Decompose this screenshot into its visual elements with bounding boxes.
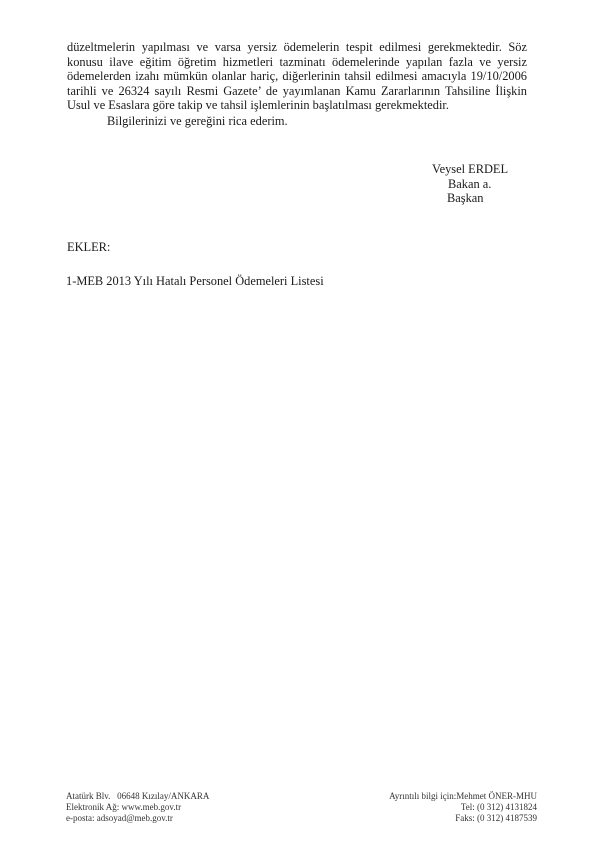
footer-contact-block: Ayrıntılı bilgi için:Mehmet ÖNER-MHU Tel… (389, 791, 537, 824)
signatory-title-line1: Bakan a. (448, 177, 491, 192)
footer-email: e-posta: adsoyad@meb.gov.tr (66, 813, 209, 824)
footer-fax: Faks: (0 312) 4187539 (389, 813, 537, 824)
signatory-title-line2: Başkan (447, 191, 483, 206)
closing-line: Bilgilerinizi ve gereğini rica ederim. (107, 114, 288, 129)
document-page: düzeltmelerin yapılması ve varsa yersiz … (0, 0, 600, 849)
footer-contact-person: Ayrıntılı bilgi için:Mehmet ÖNER-MHU (389, 791, 537, 802)
attachments-heading: EKLER: (67, 240, 110, 255)
body-paragraph: düzeltmelerin yapılması ve varsa yersiz … (67, 40, 527, 113)
footer-address-block: Atatürk Blv. 06648 Kızılay/ANKARA Elektr… (66, 791, 209, 824)
footer-website: Elektronik Ağ: www.meb.gov.tr (66, 802, 209, 813)
signatory-name: Veysel ERDEL (432, 162, 508, 177)
footer-phone: Tel: (0 312) 4131824 (389, 802, 537, 813)
attachment-item: 1-MEB 2013 Yılı Hatalı Personel Ödemeler… (66, 274, 324, 289)
footer-address: Atatürk Blv. 06648 Kızılay/ANKARA (66, 791, 209, 802)
letter-body: düzeltmelerin yapılması ve varsa yersiz … (67, 40, 527, 113)
